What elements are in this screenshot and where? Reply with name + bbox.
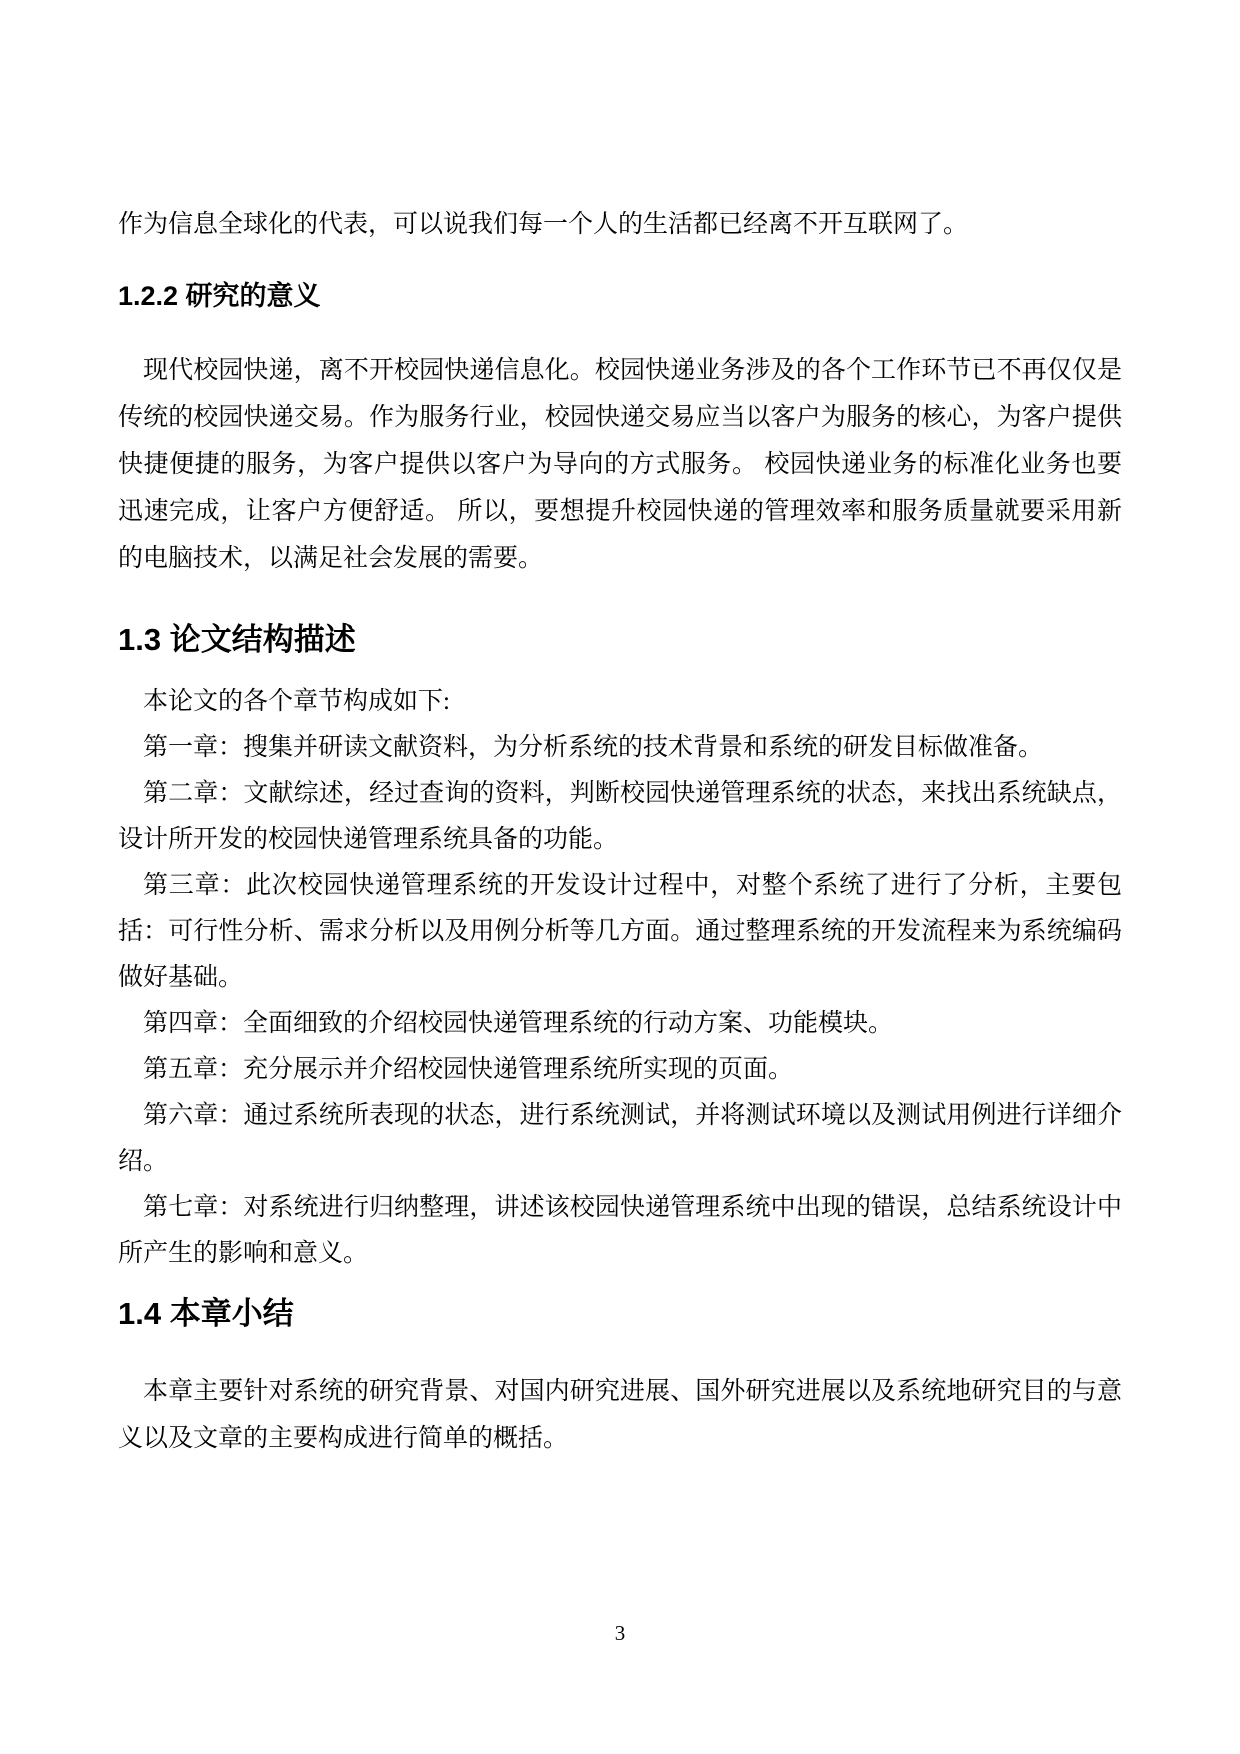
chapter-item-7: 第七章：对系统进行归纳整理，讲述该校园快递管理系统中出现的错误，总结系统设计中所… xyxy=(118,1185,1122,1277)
chapter-item-1: 第一章：搜集并研读文献资料，为分析系统的技术背景和系统的研发目标做准备。 xyxy=(118,725,1122,771)
heading-thesis-structure: 1.3 论文结构描述 xyxy=(118,617,1122,663)
chapter-item-5: 第五章：充分展示并介绍校园快递管理系统所实现的页面。 xyxy=(118,1047,1122,1093)
heading-chapter-summary: 1.4 本章小结 xyxy=(118,1291,1122,1337)
page-number: 3 xyxy=(0,1618,1240,1648)
thesis-structure-lead: 本论文的各个章节构成如下: xyxy=(118,679,1122,725)
paragraph-chapter-summary: 本章主要针对系统的研究背景、对国内研究进展、国外研究进展以及系统地研究目的与意义… xyxy=(118,1368,1122,1462)
chapter-item-2: 第二章：文献综述，经过查询的资料，判断校园快递管理系统的状态，来找出系统缺点，设… xyxy=(118,771,1122,863)
chapter-item-6: 第六章：通过系统所表现的状态，进行系统测试，并将测试环境以及测试用例进行详细介绍… xyxy=(118,1093,1122,1185)
paragraph-research-significance: 现代校园快递，离不开校园快递信息化。校园快递业务涉及的各个工作环节已不再仅仅是传… xyxy=(118,347,1122,582)
paragraph-intro-tail: 作为信息全球化的代表，可以说我们每一个人的生活都已经离不开互联网了。 xyxy=(118,201,1122,248)
heading-research-significance: 1.2.2 研究的意义 xyxy=(118,276,1122,316)
chapter-item-4: 第四章：全面细致的介绍校园快递管理系统的行动方案、功能模块。 xyxy=(118,1001,1122,1047)
chapter-item-3: 第三章：此次校园快递管理系统的开发设计过程中，对整个系统了进行了分析，主要包括：… xyxy=(118,863,1122,1001)
document-page: 作为信息全球化的代表，可以说我们每一个人的生活都已经离不开互联网了。 1.2.2… xyxy=(0,0,1240,1754)
